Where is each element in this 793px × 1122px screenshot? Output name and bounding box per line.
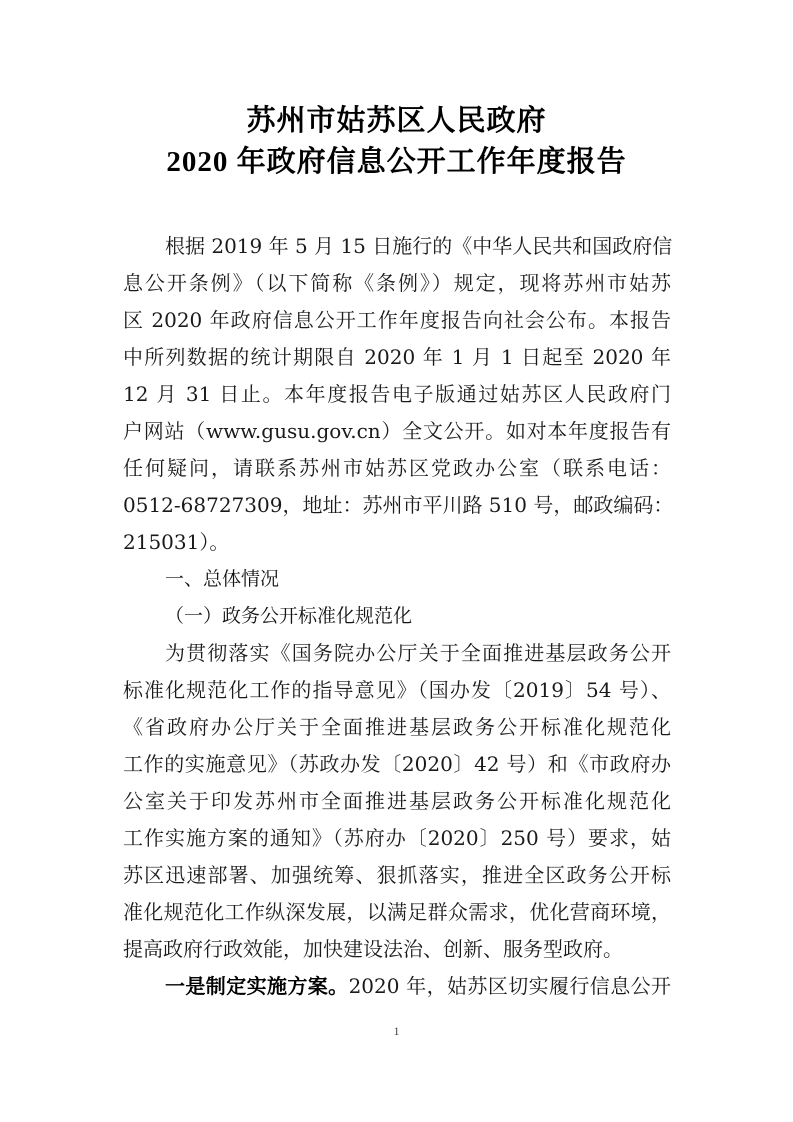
intro-line: 区 2020 年政府信息公开工作年度报告向社会公布。本报告: [123, 303, 671, 337]
body-line: 《省政府办公厅关于全面推进基层政务公开标准化规范化: [123, 710, 671, 744]
body-line: 标准化规范化工作的指导意见》（国办发〔2019〕54 号）、: [123, 673, 671, 707]
intro-line: 中所列数据的统计期限自 2020 年 1 月 1 日起至 2020 年: [123, 340, 671, 374]
bold-lead-phrase: 一是制定实施方案。: [165, 974, 349, 998]
intro-line: 任何疑问，请联系苏州市姑苏区党政办公室（联系电话：: [123, 451, 671, 485]
body-line: 一是制定实施方案。2020 年，姑苏区切实履行信息公开: [165, 969, 671, 1003]
intro-line: 息公开条例》（以下简称《条例》）规定，现将苏州市姑苏: [123, 266, 671, 300]
body-line: 准化规范化工作纵深发展，以满足群众需求，优化营商环境，: [123, 895, 671, 929]
subsection-heading: （一）政务公开标准化规范化: [165, 599, 671, 633]
body-text: 2020 年，姑苏区切实履行信息公开: [349, 974, 671, 998]
document-title-line-1: 苏州市姑苏区人民政府: [0, 98, 793, 139]
intro-line: 0512-68727309，地址：苏州市平川路 510 号，邮政编码：: [123, 488, 671, 522]
section-heading: 一、总体情况: [165, 562, 671, 596]
intro-line: 根据 2019 年 5 月 15 日施行的《中华人民共和国政府信: [165, 229, 671, 263]
body-line: 苏区迅速部署、加强统筹、狠抓落实，推进全区政务公开标: [123, 858, 671, 892]
intro-line: 12 月 31 日止。本年度报告电子版通过姑苏区人民政府门: [123, 377, 671, 411]
body-line: 公室关于印发苏州市全面推进基层政务公开标准化规范化: [123, 784, 671, 818]
document-page: 苏州市姑苏区人民政府 2020 年政府信息公开工作年度报告 根据 2019 年 …: [0, 0, 793, 1122]
body-line: 提高政府行政效能，加快建设法治、创新、服务型政府。: [123, 932, 671, 966]
intro-line: 215031）。: [123, 525, 671, 559]
document-title-line-2: 2020 年政府信息公开工作年度报告: [0, 139, 793, 180]
body-line: 工作的实施意见》（苏政办发〔2020〕42 号）和《市政府办: [123, 747, 671, 781]
intro-line: 户网站（www.gusu.gov.cn）全文公开。如对本年度报告有: [123, 414, 671, 448]
body-line: 工作实施方案的通知》（苏府办〔2020〕250 号）要求，姑: [123, 821, 671, 855]
body-line: 为贯彻落实《国务院办公厅关于全面推进基层政务公开: [165, 636, 671, 670]
page-number: 1: [0, 1024, 793, 1039]
